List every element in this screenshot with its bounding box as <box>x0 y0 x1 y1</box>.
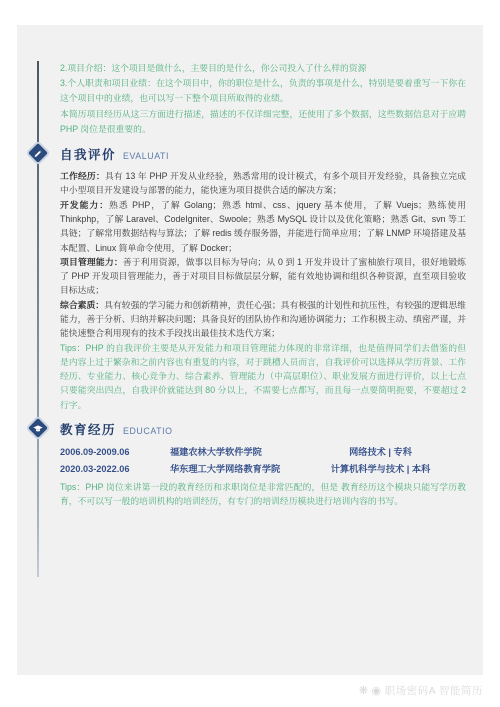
project-note-line: 本简历项目经历从这三方面进行描述，描述的不仅详细完整，还使用了多个数据，这些数据… <box>60 107 466 137</box>
watermark-text: 职场密码A 智能简历 <box>385 683 483 698</box>
education-period: 2020.03-2022.06 <box>60 461 170 478</box>
section-title: 自我评价 <box>60 145 116 163</box>
education-row: 2006.09-2009.06 福建农林大学软件学院 网络技术 | 专科 <box>60 444 466 461</box>
section-subtitle: EVALUATI <box>123 151 169 162</box>
evaluation-item: 工作经历：具有 13 年 PHP 开发从业经验，熟悉常用的设计模式，有多个项目开… <box>60 169 466 198</box>
paw-icon: ❋ <box>359 684 369 697</box>
resume-page: 2.项目介绍：这个项目是做什么，主要目的是什么，你公司投入了什么样的资源 3.个… <box>17 25 483 675</box>
resume-content: 2.项目介绍：这个项目是做什么，主要目的是什么，你公司投入了什么样的资源 3.个… <box>60 61 466 509</box>
project-note-line: 2.项目介绍：这个项目是做什么，主要目的是什么，你公司投入了什么样的资源 <box>60 61 466 76</box>
evaluation-item-text: 具有较强的学习能力和创新精神，责任心强；具有极强的计划性和抗压性，有较强的逻辑思… <box>60 300 466 339</box>
education-major: 网络技术 | 专科 <box>325 444 466 461</box>
self-evaluation-header: 自我评价 EVALUATI <box>60 145 466 162</box>
evaluation-item-label: 工作经历： <box>60 171 105 181</box>
section-title: 教育经历 <box>60 420 116 438</box>
evaluation-item: 开发能力：熟悉 PHP，了解 Golang；熟悉 html、css、jquery… <box>60 198 466 255</box>
education-table: 2006.09-2009.06 福建农林大学软件学院 网络技术 | 专科 202… <box>60 444 466 477</box>
evaluation-item-label: 综合素质： <box>60 300 104 310</box>
self-evaluation-body: 工作经历：具有 13 年 PHP 开发从业经验，熟悉常用的设计模式，有多个项目开… <box>60 169 466 412</box>
education-school: 华东理工大学网络教育学院 <box>170 461 325 478</box>
evaluation-item-text: 熟悉 PHP，了解 Golang；熟悉 html、css、jquery 基本使用… <box>60 200 466 253</box>
education-tips: Tips：PHP 岗位来讲第一段的教育经历和求职岗位是非常匹配的，但是 教育经历… <box>60 480 466 509</box>
evaluation-item-text: 具有 13 年 PHP 开发从业经验，熟悉常用的设计模式，有多个项目开发经验，具… <box>60 171 466 195</box>
evaluation-item-label: 开发能力： <box>60 200 109 210</box>
project-notes-block: 2.项目介绍：这个项目是做什么，主要目的是什么，你公司投入了什么样的资源 3.个… <box>60 61 466 137</box>
education-period: 2006.09-2009.06 <box>60 444 170 461</box>
education-tips-block: Tips：PHP 岗位来讲第一段的教育经历和求职岗位是非常匹配的，但是 教育经历… <box>60 480 466 509</box>
evaluation-item: 综合素质：具有较强的学习能力和创新精神，责任心强；具有极强的计划性和抗压性，有较… <box>60 298 466 341</box>
graduation-cap-icon <box>28 418 48 438</box>
education-header: 教育经历 EDUCATIO <box>60 420 466 437</box>
evaluation-item-label: 项目管理能力： <box>60 257 123 267</box>
logo-icon: ◉ <box>372 684 382 697</box>
education-major: 计算机科学与技术 | 本科 <box>325 461 466 478</box>
watermark: ❋ ◉ 职场密码A 智能简历 <box>359 683 483 698</box>
edit-icon <box>28 143 48 163</box>
section-subtitle: EDUCATIO <box>123 426 173 437</box>
evaluation-item: 项目管理能力：善于利用资源，做事以目标为导向；从 0 到 1 开发并设计了蜜柚旅… <box>60 255 466 298</box>
timeline-line <box>37 61 39 577</box>
self-evaluation-tips: Tips：PHP 的自我评价主要是从开发能力和项目管理能力体现的非常详细，也是值… <box>60 341 466 412</box>
education-school: 福建农林大学软件学院 <box>170 444 325 461</box>
project-note-line: 3.个人职责和项目业绩：在这个项目中，你的职位是什么，负责的事项是什么，特别是要… <box>60 76 466 106</box>
education-row: 2020.03-2022.06 华东理工大学网络教育学院 计算机科学与技术 | … <box>60 461 466 478</box>
